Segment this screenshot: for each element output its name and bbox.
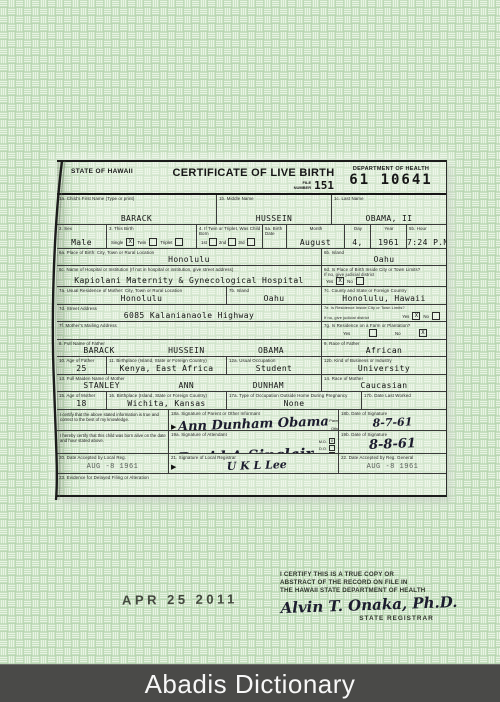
do-checkbox — [329, 445, 335, 451]
father-name-field: 8. Full Name of Father BARACK HUSSEIN OB… — [57, 340, 322, 356]
twin-order-field: 4. If Twin or Triplet, Was Child Born 1s… — [197, 225, 263, 248]
date-last-worked-value — [362, 408, 446, 409]
department-name: DEPARTMENT OF HEALTH — [336, 162, 446, 172]
file-number-label: FILE NUMBER — [294, 181, 312, 190]
mother-occupation-value: None — [227, 399, 361, 409]
reg-general-date-stamp: AUG -8 1961 — [339, 463, 446, 473]
local-registrar-signature: U K L Lee — [178, 457, 336, 473]
mother-mailing-address-field: 7f. Mother's Mailing Address — [57, 322, 322, 339]
mother-last-name: DUNHAM — [253, 381, 284, 390]
certification-line: ABSTRACT OF THE RECORD ON FILE IN — [280, 579, 458, 587]
father-last-name: OBAMA — [258, 346, 284, 355]
child-first-name-field: 1a. Child's First Name (Type or print) B… — [57, 195, 217, 224]
hospital-value: Kapiolani Maternity & Gynecological Hosp… — [57, 276, 321, 286]
local-reg-date-field: 20. Date Accepted by Local Reg. AUG -8 1… — [57, 454, 169, 473]
child-last-name-value: OBAMA, II — [332, 214, 446, 224]
field-label: 20. Date Accepted by Local Reg. — [57, 454, 168, 460]
father-race-field: 9. Race of Father African — [322, 340, 446, 356]
date-last-worked-field: 17b. Date Last Worked — [362, 392, 446, 409]
parent-signature-date-field: 18b. Date of Signature 8-7-61 — [339, 410, 446, 430]
other-option-label: Other — [331, 426, 339, 430]
field-label: 7b. Island — [227, 287, 321, 293]
birth-year-value: 1961 — [371, 238, 406, 248]
father-industry-value: University — [322, 364, 446, 374]
no-checkbox: X — [419, 329, 427, 337]
table-row: I certify that the above stated informat… — [57, 410, 446, 431]
md-checkbox: X — [329, 438, 335, 444]
field-label: 7g. Is Residence on a Farm or Plantation… — [322, 322, 446, 328]
field-label: 23. Evidence for Delayed Filing or Alter… — [57, 474, 446, 480]
mother-birthplace-field: 16. Birthplace (Island, State or Foreign… — [107, 392, 227, 409]
parent-option-label: Parent — [329, 418, 339, 423]
caption-text: Abadis Dictionary — [145, 669, 356, 700]
second-checkbox — [228, 238, 236, 246]
do-option-label: D.O. — [319, 446, 327, 451]
no-option-label: No — [395, 331, 401, 336]
birth-month-value: August — [287, 238, 344, 248]
field-label: 1a. Child's First Name (Type or print) — [57, 195, 216, 201]
state-registrar-signature: Alvin T. Onaka, Ph.D. — [280, 593, 459, 617]
county-state-field: 7c. County and State or Foreign Country … — [322, 287, 446, 304]
field-label: Month — [287, 225, 344, 231]
table-row: 10. Age of Father 25 11. Birthplace (Isl… — [57, 357, 446, 375]
certificate-title: CERTIFICATE OF LIVE BIRTH — [171, 162, 336, 179]
field-label: 22. Date Accepted by Reg. General — [339, 454, 446, 460]
field-label: 7c. County and State or Foreign Country — [322, 287, 446, 293]
third-checkbox — [247, 238, 255, 246]
field-label: 12a. Usual Occupation — [227, 357, 321, 363]
midwife-checkbox — [329, 452, 335, 453]
table-row: 6c. Name of Hospital or Institution (If … — [57, 266, 446, 287]
field-label: Year — [371, 225, 406, 231]
yes-option-label: Yes — [326, 279, 333, 284]
second-option-label: 2nd — [219, 240, 226, 245]
field-label: 6c. Name of Hospital or Institution (If … — [57, 266, 321, 272]
mother-occupation-field: 17a. Type of Occupation Outside Home Dur… — [227, 392, 362, 409]
street-address-field: 7d. Street Address 6085 Kalanianaole Hig… — [57, 305, 322, 321]
mother-residence-field: 7a. Usual Residence of Mother: City, Tow… — [57, 287, 227, 304]
table-row: 23. Evidence for Delayed Filing or Alter… — [57, 474, 446, 490]
twin-checkbox — [149, 238, 157, 246]
table-row: 20. Date Accepted by Local Reg. AUG -8 1… — [57, 454, 446, 474]
father-industry-field: 12b. Kind of Business or Industry Univer… — [322, 357, 446, 374]
mother-middle-name: ANN — [178, 381, 194, 390]
field-label: 16. Birthplace (Island, State or Foreign… — [107, 392, 226, 398]
father-middle-name: HUSSEIN — [168, 346, 205, 355]
certify-text: I hereby certify that this child was bor… — [57, 431, 168, 444]
field-label: 7f. Mother's Mailing Address — [57, 322, 321, 328]
child-middle-name-field: 1b. Middle Name HUSSEIN — [217, 195, 332, 224]
father-birthplace-field: 11. Birthplace (Island, State or Foreign… — [107, 357, 227, 374]
birth-year-field: Year 1961 — [371, 225, 407, 248]
twin-option-label: Twin — [137, 240, 146, 245]
field-label: 1b. Middle Name — [217, 195, 331, 201]
field-sublabel: If no, give judicial district — [324, 316, 369, 320]
father-occupation-field: 12a. Usual Occupation Student — [227, 357, 322, 374]
field-label: 17b. Date Last Worked — [362, 392, 446, 398]
table-row: 6a. Place of Birth: City, Town or Rural … — [57, 249, 446, 266]
no-checkbox — [356, 277, 364, 285]
table-row: 8. Full Name of Father BARACK HUSSEIN OB… — [57, 340, 446, 357]
place-of-birth-field: 6a. Place of Birth: City, Town or Rural … — [57, 249, 322, 265]
residence-island-field: 7b. Island Oahu — [227, 287, 322, 304]
table-row: 2. Sex Male 3. This Birth Single X Twin … — [57, 225, 446, 249]
mother-mailing-address-value — [57, 338, 321, 339]
attendant-signature: David A Sinclair — [178, 447, 314, 453]
table-row: 13. Full Maiden Name of Mother STANLEY A… — [57, 375, 446, 392]
book-spine-curve — [46, 154, 70, 504]
birth-hour-value: 7:24 P.M. — [407, 238, 446, 248]
no-checkbox — [432, 312, 440, 320]
field-label: 5b. Hour — [407, 225, 446, 231]
field-label: 1c. Last Name — [332, 195, 446, 201]
farm-plantation-field: 7g. Is Residence on a Farm or Plantation… — [322, 322, 446, 339]
certificate-header: STATE OF HAWAII CERTIFICATE OF LIVE BIRT… — [57, 162, 446, 195]
field-label: 7a. Usual Residence of Mother: City, Tow… — [57, 287, 226, 293]
child-middle-name-value: HUSSEIN — [217, 214, 331, 224]
yes-option-label: Yes — [343, 331, 350, 336]
residence-island-value: Oahu — [227, 294, 321, 304]
yes-checkbox: X — [412, 312, 420, 320]
parent-signature: Ann Dunham Obama — [178, 415, 329, 430]
field-label: 11. Birthplace (Island, State or Foreign… — [107, 357, 226, 363]
mother-race-field: 14. Race of Mother Caucasian — [322, 375, 446, 391]
triplet-option-label: Triplet — [160, 240, 172, 245]
attendant-signature-date-field: 19b. Date of Signature 8-8-61 — [339, 431, 446, 453]
certify-text: I certify that the above stated informat… — [57, 410, 168, 423]
county-state-value: Honolulu, Hawaii — [322, 294, 446, 304]
md-option-label: M.D. — [319, 439, 327, 444]
mother-residence-value: Honolulu — [57, 294, 226, 304]
field-label: Day — [345, 225, 370, 231]
birth-day-value: 4, — [345, 238, 370, 248]
mother-race-value: Caucasian — [322, 381, 446, 391]
delayed-filing-evidence-field: 23. Evidence for Delayed Filing or Alter… — [57, 474, 446, 490]
child-first-name-value: BARACK — [57, 214, 216, 224]
certification-line: I CERTIFY THIS IS A TRUE COPY OR — [280, 571, 458, 579]
no-option-label: No — [423, 314, 429, 319]
this-birth-field: 3. This Birth Single X Twin Triplet — [107, 225, 197, 248]
father-first-name: BARACK — [83, 346, 114, 355]
father-race-value: African — [322, 346, 446, 356]
birth-month-field: Month August — [287, 225, 345, 248]
table-row: 15. Age of Mother 18 16. Birthplace (Isl… — [57, 392, 446, 410]
field-label: 17a. Type of Occupation Outside Home Dur… — [227, 392, 361, 398]
residence-city-limits-field: 7e. Is Residence Inside City or Town Lim… — [322, 305, 446, 321]
table-row: 7f. Mother's Mailing Address 7g. Is Resi… — [57, 322, 446, 340]
no-option-label: No — [347, 279, 353, 284]
place-of-birth-value: Honolulu — [57, 255, 321, 265]
field-label: 12b. Kind of Business or Industry — [322, 357, 446, 363]
local-reg-date-stamp: AUG -8 1961 — [57, 463, 168, 473]
caption-bar: Abadis Dictionary — [0, 664, 500, 702]
birth-city-limits-field: 6d. Is Place of Birth Inside City or Tow… — [322, 266, 446, 286]
attendant-signature-field: 19a. Signature of Attendant ▶ David A Si… — [169, 431, 339, 453]
table-row: 7a. Usual Residence of Mother: City, Tow… — [57, 287, 446, 305]
birth-island-field: 6b. Island Oahu — [322, 249, 446, 265]
yes-option-label: Yes — [402, 314, 409, 319]
table-row: 7d. Street Address 6085 Kalanianaole Hig… — [57, 305, 446, 322]
field-label: 3. This Birth — [107, 225, 196, 231]
attendant-signature-date-value: 8-8-61 — [339, 435, 446, 453]
file-number-value: 151 — [314, 179, 334, 192]
birth-certificate-form: STATE OF HAWAII CERTIFICATE OF LIVE BIRT… — [57, 160, 447, 497]
birth-date-label-cell: 5a. Birth Date — [263, 225, 287, 248]
third-option-label: 3rd — [238, 240, 244, 245]
yes-checkbox: X — [336, 277, 344, 285]
attendant-certify-statement: I hereby certify that this child was bor… — [57, 431, 169, 453]
father-birthplace-value: Kenya, East Africa — [107, 364, 226, 374]
first-option-label: 1st — [201, 240, 207, 245]
field-label: 5a. Birth Date — [263, 225, 286, 236]
parent-signature-field: 18a. Signature of Parent or Other Inform… — [169, 410, 339, 430]
single-checkbox: X — [126, 238, 134, 246]
local-registrar-signature-field: 21. Signature of Local Registrar ▶ U K L… — [169, 454, 339, 473]
single-option-label: Single — [111, 240, 123, 245]
table-row: 1a. Child's First Name (Type or print) B… — [57, 195, 446, 225]
certificate-number: 61 10641 — [336, 172, 446, 188]
mother-birthplace-value: Wichita, Kansas — [107, 399, 226, 409]
parent-certify-statement: I certify that the above stated informat… — [57, 410, 169, 430]
received-date-stamp: APR 25 2011 — [122, 591, 238, 607]
parent-signature-date-value: 8-7-61 — [339, 414, 446, 430]
mother-name-field: 13. Full Maiden Name of Mother STANLEY A… — [57, 375, 322, 391]
birth-day-field: Day 4, — [345, 225, 371, 248]
yes-checkbox — [369, 329, 377, 337]
father-occupation-value: Student — [227, 364, 321, 374]
field-label: 4. If Twin or Triplet, Was Child Born — [197, 225, 262, 236]
registrar-certification-stamp: I CERTIFY THIS IS A TRUE COPY OR ABSTRAC… — [280, 571, 458, 622]
birth-hour-field: 5b. Hour 7:24 P.M. — [407, 225, 446, 248]
birth-island-value: Oahu — [322, 255, 446, 265]
table-row: I hereby certify that this child was bor… — [57, 431, 446, 454]
first-checkbox — [209, 238, 217, 246]
hospital-field: 6c. Name of Hospital or Institution (If … — [57, 266, 322, 286]
reg-general-date-field: 22. Date Accepted by Reg. General AUG -8… — [339, 454, 446, 473]
mother-first-name: STANLEY — [83, 381, 120, 390]
state-name: STATE OF HAWAII — [57, 162, 171, 193]
street-address-value: 6085 Kalanianaole Highway — [57, 311, 321, 321]
child-last-name-field: 1c. Last Name OBAMA, II — [332, 195, 446, 224]
state-registrar-title: STATE REGISTRAR — [280, 615, 458, 622]
triplet-checkbox — [175, 238, 183, 246]
